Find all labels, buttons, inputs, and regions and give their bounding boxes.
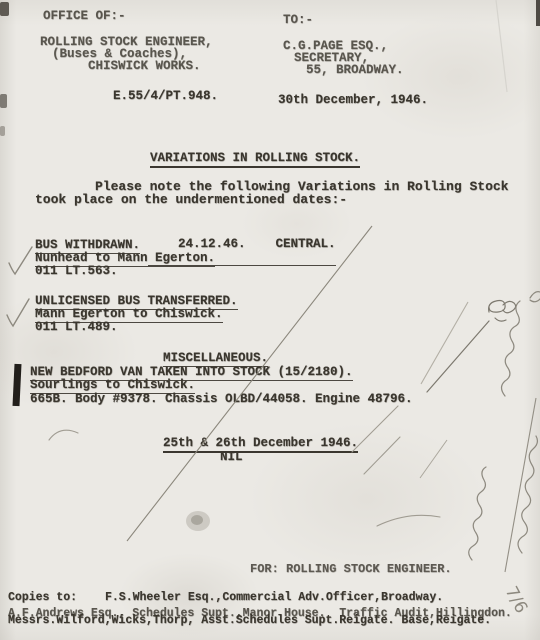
nil-value: NIL <box>220 451 243 464</box>
document-title-text: VARIATIONS IN ROLLING STOCK. <box>150 151 360 168</box>
check-mark-icon <box>7 299 29 326</box>
smudge-stain <box>186 511 210 531</box>
transferred-vehicle: 011 LT.489. <box>35 321 118 334</box>
copies-label: Copies to: <box>8 591 77 604</box>
misc-line-3: 665B. Body #9378. Chassis OLBD/44058. En… <box>30 393 413 406</box>
pencil-stroke <box>421 302 468 384</box>
document-page: OFFICE OF:- ROLLING STOCK ENGINEER, (Bus… <box>0 0 540 640</box>
section-date: 24.12.46. <box>178 237 246 251</box>
arrow-strokes <box>49 406 440 526</box>
copies-recipients-3: Messrs.Wilford,Wicks,Thorp, Asst.Schedul… <box>8 614 491 627</box>
to-label: TO:- <box>283 14 313 27</box>
pencil-stroke <box>420 440 447 478</box>
check-mark-icon <box>9 247 32 274</box>
office-of-label: OFFICE OF:- <box>43 10 126 23</box>
withdrawn-vehicle: 011 LT.563. <box>35 265 118 278</box>
ink-margin-bar <box>16 364 18 406</box>
signature-line: FOR: ROLLING STOCK ENGINEER. <box>250 563 452 576</box>
copies-recipients-1: F.S.Wheeler Esq.,Commercial Adv.Officer,… <box>105 591 443 604</box>
reference-number: E.55/4/PT.948. <box>113 90 218 103</box>
recipient-line-3: 55, BROADWAY. <box>306 64 404 77</box>
section-region: CENTRAL. <box>276 237 336 251</box>
document-date: 30th December, 1946. <box>278 94 428 107</box>
document-title: VARIATIONS IN ROLLING STOCK. <box>120 139 360 178</box>
sender-line-3: CHISWICK WORKS. <box>88 60 201 73</box>
heading-gap <box>246 237 276 251</box>
pencil-doodle <box>427 301 516 393</box>
nil-heading: 25th & 26th December 1946. <box>163 437 358 450</box>
misc-heading: MISCELLANEOUS. <box>163 352 268 365</box>
pencil-handwriting-scribble <box>469 292 540 560</box>
intro-line-2: took place on the undermentioned dates:- <box>35 193 347 206</box>
pencil-stroke <box>505 398 536 572</box>
misc-line-2: Sourlings to Chiswick. <box>30 379 195 392</box>
